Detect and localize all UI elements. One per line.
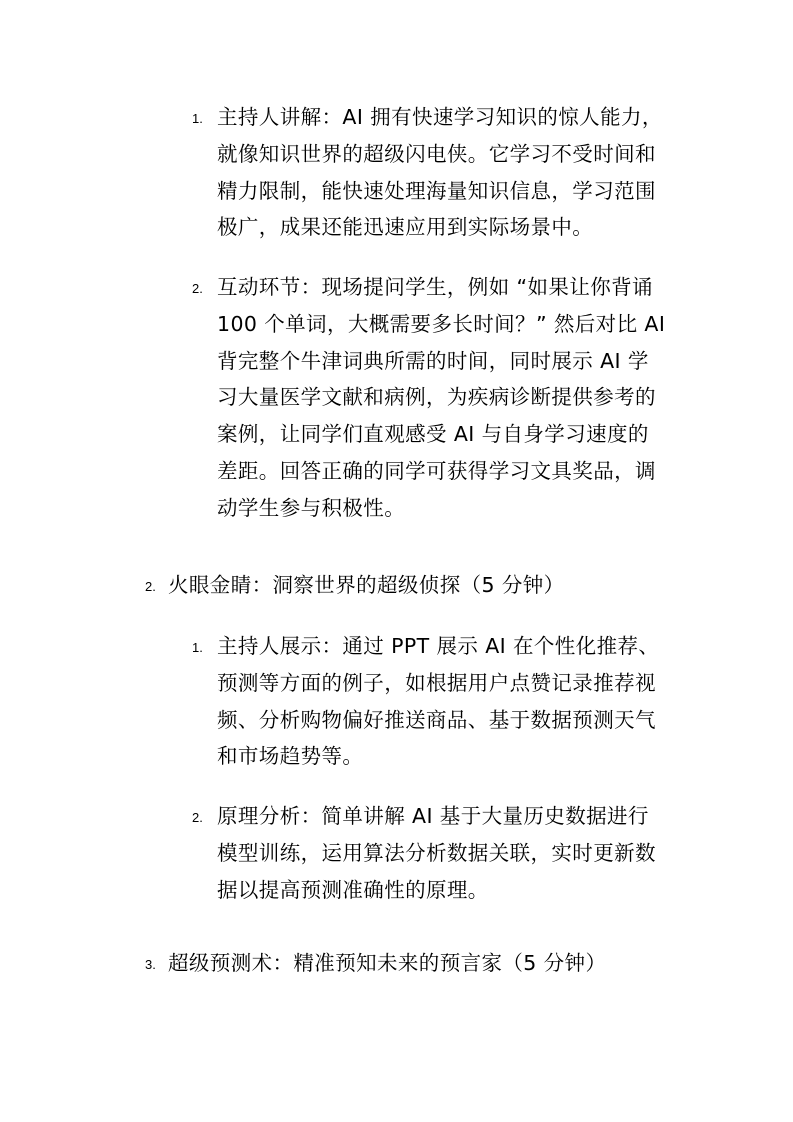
text-line: 超级预测术：精准预知未来的预言家（5 分钟） <box>168 945 606 982</box>
list-item-text: 互动环节：现场提问学生，例如 “如果让你背诵 100 个单词，大概需要多长时间？… <box>217 269 665 527</box>
section-heading-text: 火眼金睛：洞察世界的超级侦探（5 分钟） <box>168 567 565 604</box>
text-line: 原理分析：简单讲解 AI 基于大量历史数据进行 <box>217 798 656 835</box>
list-number: 1. <box>192 640 203 655</box>
text-line: 和市场趋势等。 <box>217 738 659 775</box>
text-line: 案例，让同学们直观感受 AI 与自身学习速度的 <box>217 416 665 453</box>
list-number: 1. <box>192 111 203 126</box>
list-number: 2. <box>145 579 156 594</box>
text-line: 据以提高预测准确性的原理。 <box>217 872 656 909</box>
text-line: 差距。回答正确的同学可获得学习文具奖品，调 <box>217 453 665 490</box>
text-line: 火眼金睛：洞察世界的超级侦探（5 分钟） <box>168 567 565 604</box>
text-line: 动学生参与积极性。 <box>217 490 665 527</box>
text-line: 100 个单词，大概需要多长时间？” 然后对比 AI <box>217 306 665 343</box>
list-item-text: 主持人展示：通过 PPT 展示 AI 在个性化推荐、 预测等方面的例子，如根据用… <box>217 628 659 775</box>
text-line: 习大量医学文献和病例，为疾病诊断提供参考的 <box>217 379 665 416</box>
text-line: 主持人展示：通过 PPT 展示 AI 在个性化推荐、 <box>217 628 659 665</box>
text-line: 频、分析购物偏好推送商品、基于数据预测天气 <box>217 702 659 739</box>
text-line: 就像知识世界的超级闪电侠。它学习不受时间和 <box>217 136 663 173</box>
text-line: 极广，成果还能迅速应用到实际场景中。 <box>217 209 663 246</box>
list-number: 2. <box>192 281 203 296</box>
text-line: 背完整个牛津词典所需的时间，同时展示 AI 学 <box>217 343 665 380</box>
text-line: 主持人讲解：AI 拥有快速学习知识的惊人能力， <box>217 99 663 136</box>
list-number: 2. <box>192 810 203 825</box>
text-line: 互动环节：现场提问学生，例如 “如果让你背诵 <box>217 269 665 306</box>
text-line: 模型训练，运用算法分析数据关联，实时更新数 <box>217 835 656 872</box>
section-heading-text: 超级预测术：精准预知未来的预言家（5 分钟） <box>168 945 606 982</box>
list-number: 3. <box>145 957 156 972</box>
list-item-text: 原理分析：简单讲解 AI 基于大量历史数据进行 模型训练，运用算法分析数据关联，… <box>217 798 656 908</box>
text-line: 精力限制，能快速处理海量知识信息，学习范围 <box>217 173 663 210</box>
text-line: 预测等方面的例子，如根据用户点赞记录推荐视 <box>217 665 659 702</box>
list-item-text: 主持人讲解：AI 拥有快速学习知识的惊人能力， 就像知识世界的超级闪电侠。它学习… <box>217 99 663 246</box>
